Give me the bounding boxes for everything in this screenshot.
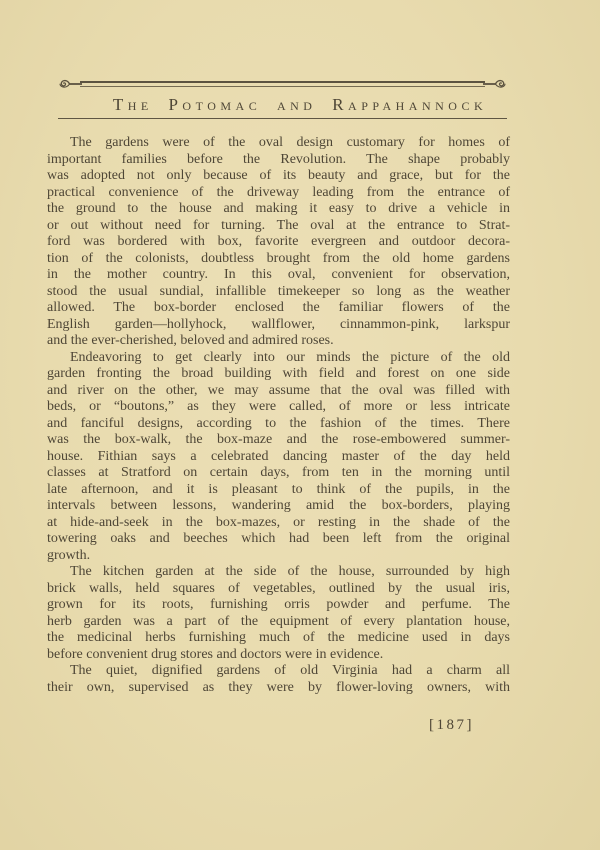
text-line: allowed. The box-border enclosed the fam… (47, 300, 510, 317)
title-underline-rule (58, 118, 507, 119)
text-line: beds, or “boutons,” as they were called,… (47, 399, 510, 416)
text-line: or out without need for turning. The ova… (47, 218, 510, 235)
paragraph: The quiet, dignified gardens of old Virg… (47, 663, 510, 696)
body-text: The gardens were of the oval design cust… (47, 135, 510, 696)
text-line: was adopted not only because of its beau… (47, 168, 510, 185)
text-line: and river on the other, we may assume th… (47, 383, 510, 400)
text-line: brick walls, held squares of vegetables,… (47, 581, 510, 598)
text-line: the ground to the house and making it ea… (47, 201, 510, 218)
text-line: important families before the Revolution… (47, 152, 510, 169)
page-title: The Potomac and Rappahannock (0, 95, 600, 115)
text-line: ford was bordered with box, favorite eve… (47, 234, 510, 251)
header-ornamental-rule (58, 79, 507, 89)
text-line: tion of the colonists, doubtless brought… (47, 251, 510, 268)
text-line: their own, supervised as they were by fl… (47, 680, 510, 697)
text-line: classes at Stratford on certain days, fr… (47, 465, 510, 482)
paragraph: Endeavoring to get clearly into our mind… (47, 350, 510, 565)
text-line: towering oaks and beeches which had been… (47, 531, 510, 548)
text-line: intervals between lessons, wandering ami… (47, 498, 510, 515)
text-line: at hide-and-seek in the box-mazes, or re… (47, 515, 510, 532)
double-rule-line (80, 81, 485, 87)
text-line: garden fronting the broad building with … (47, 366, 510, 383)
text-line: The kitchen garden at the side of the ho… (47, 564, 510, 581)
text-line: the medicinal herbs furnishing much of t… (47, 630, 510, 647)
text-line: herb garden was a part of the equipment … (47, 614, 510, 631)
text-line: stood the usual sundial, infallible time… (47, 284, 510, 301)
text-line: and fanciful designs, according to the f… (47, 416, 510, 433)
text-line: The gardens were of the oval design cust… (47, 135, 510, 152)
scroll-ornament-left-icon (58, 79, 82, 89)
text-line: in the mother country. In this oval, con… (47, 267, 510, 284)
text-line: growth. (47, 548, 510, 565)
text-line: house. Fithian says a celebrated dancing… (47, 449, 510, 466)
paragraph: The kitchen garden at the side of the ho… (47, 564, 510, 663)
scroll-ornament-right-icon (483, 79, 507, 89)
text-line: and the ever-cherished, beloved and admi… (47, 333, 510, 350)
text-line: was the box-walk, the box-maze and the r… (47, 432, 510, 449)
text-line: practical convenience of the driveway le… (47, 185, 510, 202)
paragraph: The gardens were of the oval design cust… (47, 135, 510, 350)
text-line: Endeavoring to get clearly into our mind… (47, 350, 510, 367)
book-page: The Potomac and Rappahannock The gardens… (0, 0, 600, 850)
page-number: [187] (429, 717, 474, 734)
text-line: English garden—hollyhock, wallflower, ci… (47, 317, 510, 334)
text-line: The quiet, dignified gardens of old Virg… (47, 663, 510, 680)
text-line: before convenient drug stores and doctor… (47, 647, 510, 664)
text-line: grown for its roots, furnishing orris po… (47, 597, 510, 614)
text-line: late afternoon, and it is pleasant to th… (47, 482, 510, 499)
